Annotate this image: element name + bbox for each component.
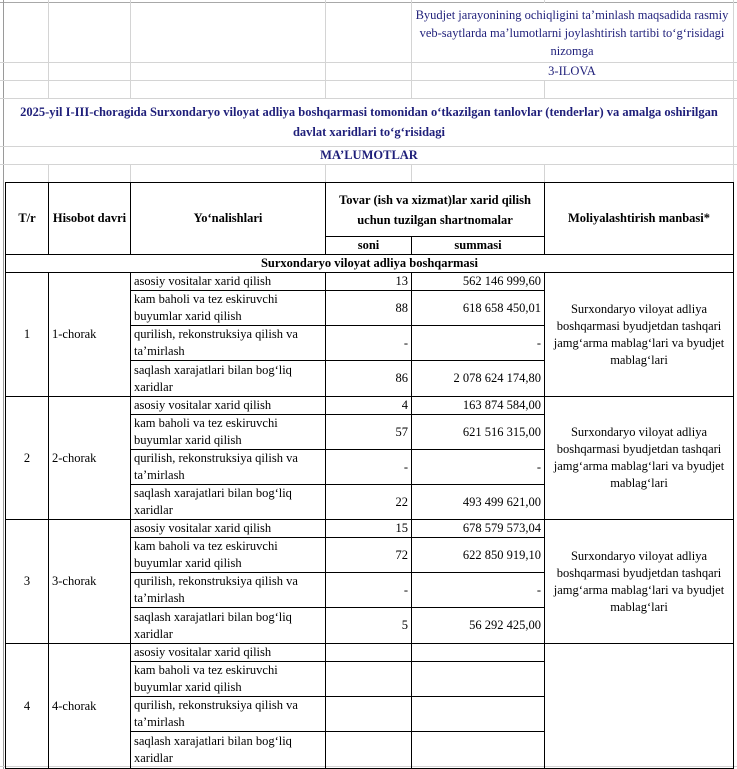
count-cell: 4 xyxy=(326,397,412,415)
count-cell: 86 xyxy=(326,361,412,397)
direction-cell: kam baholi va tez eskiruvchi buyumlar xa… xyxy=(131,662,326,697)
direction-cell: qurilish, rekonstruksiya qilish va ta’mi… xyxy=(131,326,326,361)
sum-cell: - xyxy=(412,573,545,608)
sum-cell: 562 146 999,60 xyxy=(412,273,545,291)
count-cell: 22 xyxy=(326,485,412,520)
header-source: Moliyalashtirish manbasi* xyxy=(545,183,734,255)
count-cell: 15 xyxy=(326,520,412,538)
sum-cell: 493 499 621,00 xyxy=(412,485,545,520)
count-cell: - xyxy=(326,326,412,361)
header-tr: T/r xyxy=(6,183,49,255)
count-cell: 5 xyxy=(326,608,412,644)
header-period: Hisobot davri xyxy=(49,183,131,255)
count-cell: 88 xyxy=(326,291,412,326)
count-cell: 72 xyxy=(326,538,412,573)
funding-source xyxy=(545,644,734,769)
table-row: 44-chorakasosiy vositalar xarid qilish xyxy=(6,644,734,662)
direction-cell: kam baholi va tez eskiruvchi buyumlar xa… xyxy=(131,291,326,326)
funding-source: Surxondaryo viloyat adliya boshqarmasi b… xyxy=(545,520,734,644)
sum-cell: 678 579 573,04 xyxy=(412,520,545,538)
funding-source: Surxondaryo viloyat adliya boshqarmasi b… xyxy=(545,397,734,520)
report-period: 1-chorak xyxy=(49,273,131,397)
regulation-note: Byudjet jarayonining ochiqligini ta’minl… xyxy=(411,6,733,60)
direction-cell: qurilish, rekonstruksiya qilish va ta’mi… xyxy=(131,697,326,732)
row-number: 4 xyxy=(6,644,49,769)
document-subtitle: MA’LUMOTLAR xyxy=(5,147,733,164)
direction-cell: kam baholi va tez eskiruvchi buyumlar xa… xyxy=(131,538,326,573)
annex-label: 3-ILOVA xyxy=(411,63,733,80)
funding-source: Surxondaryo viloyat adliya boshqarmasi b… xyxy=(545,273,734,397)
count-cell xyxy=(326,644,412,662)
row-number: 1 xyxy=(6,273,49,397)
direction-cell: asosiy vositalar xarid qilish xyxy=(131,520,326,538)
count-cell xyxy=(326,697,412,732)
table-body: 11-chorakasosiy vositalar xarid qilish13… xyxy=(6,273,734,769)
sum-cell xyxy=(412,662,545,697)
sum-cell: 622 850 919,10 xyxy=(412,538,545,573)
header-sum: summasi xyxy=(412,237,545,255)
report-period: 4-chorak xyxy=(49,644,131,769)
row-number: 3 xyxy=(6,520,49,644)
table-row: 22-chorakasosiy vositalar xarid qilish41… xyxy=(6,397,734,415)
sum-cell: 56 292 425,00 xyxy=(412,608,545,644)
direction-cell: saqlash xarajatlari bilan bog‘liq xaridl… xyxy=(131,608,326,644)
sum-cell xyxy=(412,697,545,732)
direction-cell: asosiy vositalar xarid qilish xyxy=(131,273,326,291)
direction-cell: kam baholi va tez eskiruvchi buyumlar xa… xyxy=(131,415,326,450)
direction-cell: saqlash xarajatlari bilan bog‘liq xaridl… xyxy=(131,732,326,769)
direction-cell: qurilish, rekonstruksiya qilish va ta’mi… xyxy=(131,573,326,608)
count-cell xyxy=(326,732,412,769)
sum-cell: 2 078 624 174,80 xyxy=(412,361,545,397)
count-cell: 57 xyxy=(326,415,412,450)
direction-cell: asosiy vositalar xarid qilish xyxy=(131,644,326,662)
direction-cell: saqlash xarajatlari bilan bog‘liq xaridl… xyxy=(131,361,326,397)
sum-cell: - xyxy=(412,326,545,361)
header-direction: Yo‘nalishlari xyxy=(131,183,326,255)
sum-cell xyxy=(412,732,545,769)
direction-cell: qurilish, rekonstruksiya qilish va ta’mi… xyxy=(131,450,326,485)
count-cell: 13 xyxy=(326,273,412,291)
count-cell: - xyxy=(326,450,412,485)
table-row: 33-chorakasosiy vositalar xarid qilish15… xyxy=(6,520,734,538)
procurement-table: T/r Hisobot davri Yo‘nalishlari Tovar (i… xyxy=(5,182,734,769)
direction-cell: asosiy vositalar xarid qilish xyxy=(131,397,326,415)
header-count: soni xyxy=(326,237,412,255)
sum-cell: 163 874 584,00 xyxy=(412,397,545,415)
gridline xyxy=(0,80,737,81)
report-period: 3-chorak xyxy=(49,520,131,644)
direction-cell: saqlash xarajatlari bilan bog‘liq xaridl… xyxy=(131,485,326,520)
gridline xyxy=(0,164,737,165)
section-heading: Surxondaryo viloyat adliya boshqarmasi xyxy=(6,255,734,273)
count-cell: - xyxy=(326,573,412,608)
document-title: 2025-yil I-III-choragida Surxondaryo vil… xyxy=(5,102,733,142)
header-contracts: Tovar (ish va xizmat)lar xarid qilish uc… xyxy=(326,183,545,237)
sum-cell xyxy=(412,644,545,662)
sum-cell: 618 658 450,01 xyxy=(412,291,545,326)
row-number: 2 xyxy=(6,397,49,520)
sum-cell: - xyxy=(412,450,545,485)
count-cell xyxy=(326,662,412,697)
report-period: 2-chorak xyxy=(49,397,131,520)
sum-cell: 621 516 315,00 xyxy=(412,415,545,450)
table-row: 11-chorakasosiy vositalar xarid qilish13… xyxy=(6,273,734,291)
